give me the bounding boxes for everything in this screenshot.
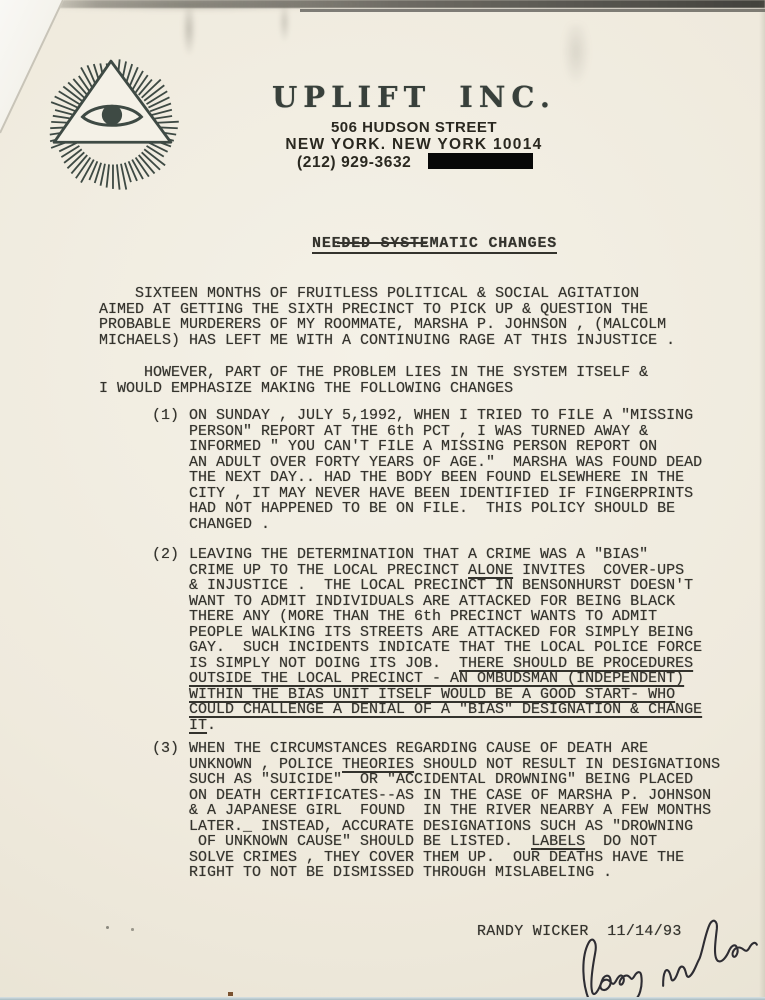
item-2-number: (2): [152, 547, 188, 563]
sunburst-ray: [132, 71, 143, 90]
signature-first-name: [578, 933, 645, 1000]
item-3-number: (3): [152, 741, 188, 757]
text-line: & INJUSTICE . THE LOCAL PRECINCT IN BENS…: [189, 578, 702, 594]
sunburst-ray: [51, 102, 76, 111]
sunburst-ray: [107, 164, 109, 187]
company-name: UPLIFT INC.: [258, 80, 570, 114]
text-line: PEOPLE WALKING ITS STREETS ARE ATTACKED …: [189, 625, 702, 641]
scan-edge-shading: [759, 0, 765, 1000]
text-line: & A JAPANESE GIRL FOUND IN THE RIVER NEA…: [189, 803, 720, 819]
text-line: ON DEATH CERTIFICATES--AS IN THE CASE OF…: [189, 788, 720, 804]
item-1-text: ON SUNDAY , JULY 5,1992, WHEN I TRIED TO…: [189, 408, 702, 532]
intro-paragraph-1: SIXTEEN MONTHS OF FRUITLESS POLITICAL & …: [99, 286, 675, 348]
text-line: SOLVE CRIMES , THEY COVER THEM UP. OUR D…: [189, 850, 720, 866]
signature-strokes: [576, 912, 762, 1000]
text-line: UNKNOWN , POLICE THEORIES SHOULD NOT RES…: [189, 757, 720, 773]
text-line: THE NEXT DAY.. HAD THE BODY BEEN FOUND E…: [189, 470, 702, 486]
text-line: COULD CHALLENGE A DENIAL OF A "BIAS" DES…: [189, 702, 702, 718]
text-line: OF UNKNOWN CAUSE" SHOULD BE LISTED. LABE…: [189, 834, 720, 850]
text-line: WITHIN THE BIAS UNIT ITSELF WOULD BE A G…: [189, 687, 702, 703]
signature-last-name: [654, 915, 761, 986]
text-line: INFORMED " YOU CAN'T FILE A MISSING PERS…: [189, 439, 702, 455]
sunburst-ray: [117, 164, 120, 189]
sunburst-ray: [139, 80, 152, 95]
text-line: LEAVING THE DETERMINATION THAT A CRIME W…: [189, 547, 702, 563]
text-line: OUTSIDE THE LOCAL PRECINCT - AN OMBUDSMA…: [189, 671, 702, 687]
paper-speck: [131, 928, 134, 931]
item-3-text: WHEN THE CIRCUMSTANCES REGARDING CAUSE O…: [189, 741, 720, 881]
sunburst-ray: [147, 146, 164, 157]
address-street: 506 HUDSON STREET: [262, 119, 566, 136]
eye-pupil-icon: [102, 105, 122, 125]
text-line: IT.: [189, 718, 702, 734]
phone-number: (212) 929-3632: [297, 154, 411, 172]
scan-smudge-soft: [60, 1, 490, 17]
text-line: CHANGED .: [189, 517, 702, 533]
scan-bottom-edge: [0, 997, 765, 1000]
sunburst-ray: [73, 79, 87, 95]
item-1-number: (1): [152, 408, 188, 424]
text-line: WANT TO ADMIT INDIVIDUALS ARE ATTACKED F…: [189, 594, 702, 610]
text-line: CRIME UP TO THE LOCAL PRECINCT ALONE INV…: [189, 563, 702, 579]
text-line: AN ADULT OVER FORTY YEARS OF AGE." MARSH…: [189, 455, 702, 471]
text-line: LATER._ INSTEAD, ACCURATE DESIGNATIONS S…: [189, 819, 720, 835]
pyramid-icon: [54, 61, 171, 142]
sunburst-ray: [55, 96, 78, 107]
text-line: CITY , IT MAY NEVER HAVE BEEN IDENTIFIED…: [189, 486, 702, 502]
intro-paragraph-2: HOWEVER, PART OF THE PROBLEM LIES IN THE…: [99, 365, 648, 396]
sunburst-ray: [152, 116, 172, 119]
text-line: ON SUNDAY , JULY 5,1992, WHEN I TRIED TO…: [189, 408, 702, 424]
redaction-bar: [428, 153, 533, 169]
text-line: GAY. SUCH INCIDENTS INDICATE THAT THE LO…: [189, 640, 702, 656]
paper-speck: [106, 926, 109, 929]
text-line: PERSON" REPORT AT THE 6th PCT , I WAS TU…: [189, 424, 702, 440]
sunburst-ray: [61, 146, 79, 157]
scan-smudge: [277, 6, 292, 60]
document-title: NEEDED SYSTEMATIC CHANGES: [312, 236, 557, 255]
paper-speck: [228, 992, 233, 996]
sunburst-ray: [100, 164, 104, 186]
sunburst-ray: [55, 110, 75, 115]
sunburst-ray: [136, 75, 148, 92]
item-2-text: LEAVING THE DETERMINATION THAT A CRIME W…: [189, 547, 702, 733]
uplift-eye-pyramid-logo: [46, 52, 184, 196]
text-line: THERE ANY (MORE THAN THE 6th PRECINCT WA…: [189, 609, 702, 625]
text-line: WHEN THE CIRCUMSTANCES REGARDING CAUSE O…: [189, 741, 720, 757]
title-second-underline: [337, 242, 427, 244]
sunburst-ray: [79, 76, 91, 93]
address-city: NEW YORK. NEW YORK 10014: [262, 136, 566, 153]
scanned-letter-page: UPLIFT INC. 506 HUDSON STREET NEW YORK. …: [0, 0, 765, 1000]
text-line: RIGHT TO NOT BE DISMISSED THROUGH MISLAB…: [189, 865, 720, 881]
document-title-block: NEEDED SYSTEMATIC CHANGES: [276, 220, 557, 270]
sunburst-ray: [132, 160, 143, 179]
text-line: IS SIMPLY NOT DOING ITS JOB. THERE SHOUL…: [189, 656, 702, 672]
handwritten-signature: [548, 912, 765, 1000]
text-line: HAD NOT HAPPENED TO BE ON FILE. THIS POL…: [189, 501, 702, 517]
address-block: 506 HUDSON STREET NEW YORK. NEW YORK 100…: [262, 119, 566, 153]
text-line: SUCH AS "SUICIDE" OR "ACCIDENTAL DROWNIN…: [189, 772, 720, 788]
